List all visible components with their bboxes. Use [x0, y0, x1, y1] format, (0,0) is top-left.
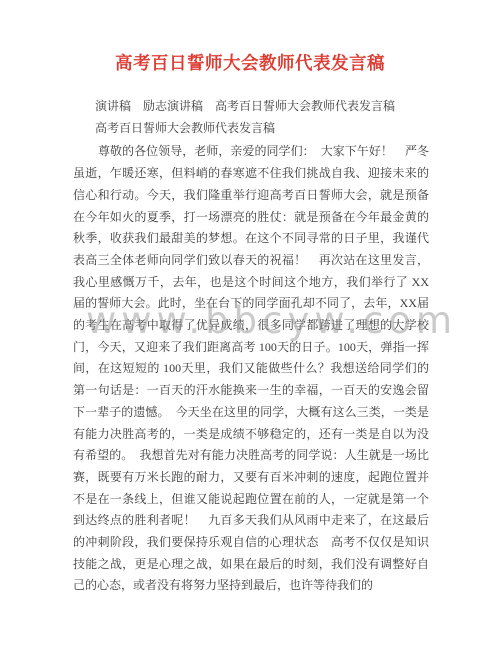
document-content: 高考百日誓师大会教师代表发言稿 演讲稿 励志演讲稿 高考百日誓师大会教师代表发言… [0, 50, 500, 597]
document-page: www.bbcyw.com 高考百日誓师大会教师代表发言稿 演讲稿 励志演讲稿 … [0, 0, 500, 648]
document-title: 高考百日誓师大会教师代表发言稿 [0, 50, 500, 76]
document-subtitle: 高考百日誓师大会教师代表发言稿 [73, 118, 429, 140]
body-paragraph: 尊敬的各位领导，老师，亲爱的同学们： 大家下午好！ 严冬虽逝，乍暖还寒，但料峭的… [73, 141, 429, 597]
category-line: 演讲稿 励志演讲稿 高考百日誓师大会教师代表发言稿 [73, 96, 429, 118]
